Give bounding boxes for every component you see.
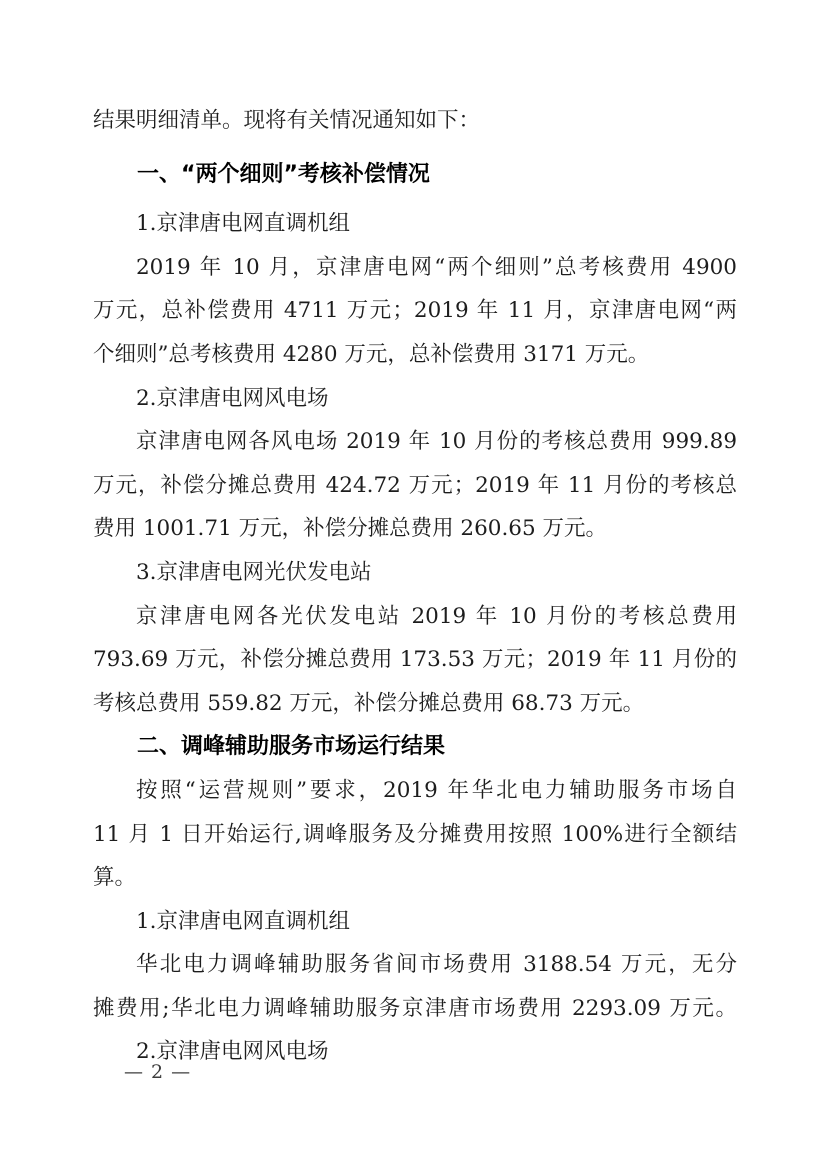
item-1-2-title: 2.京津唐电网风电场 [93,377,737,421]
item-1-3-title: 3.京津唐电网光伏发电站 [93,551,737,595]
para-2-1-line-1: 华北电力调峰辅助服务省间市场费用 3188.54 万元，无分 [93,943,737,987]
para-2-0-line-1: 按照“运营规则”要求，2019 年华北电力辅助服务市场自 [93,769,737,813]
para-2-0-line-2: 11 月 1 日开始运行,调峰服务及分摊费用按照 100%进行全额结 [93,813,737,857]
item-1-1-title: 1.京津唐电网直调机组 [93,202,737,246]
para-1-2-line-3: 费用 1001.71 万元，补偿分摊总费用 260.65 万元。 [93,507,737,551]
document-content: 结果明细清单。现将有关情况通知如下：一、“两个细则”考核补偿情况1.京津唐电网直… [93,99,737,1074]
para-1-1-line-2: 万元，总补偿费用 4711 万元；2019 年 11 月，京津唐电网“两 [93,289,737,333]
para-continuation-line: 结果明细清单。现将有关情况通知如下： [93,99,737,143]
section-1-heading: 一、“两个细则”考核补偿情况 [93,153,737,197]
document-page: 结果明细清单。现将有关情况通知如下：一、“两个细则”考核补偿情况1.京津唐电网直… [0,0,826,1169]
para-1-2-line-1: 京津唐电网各风电场 2019 年 10 月份的考核总费用 999.89 [93,420,737,464]
para-2-1-line-2: 摊费用;华北电力调峰辅助服务京津唐市场费用 2293.09 万元。 [93,987,737,1031]
para-1-3-line-3: 考核总费用 559.82 万元，补偿分摊总费用 68.73 万元。 [93,682,737,726]
page-number: — 2 — [124,1061,191,1083]
para-1-1-line-3: 个细则”总考核费用 4280 万元，总补偿费用 3171 万元。 [93,333,737,377]
item-2-1-title: 1.京津唐电网直调机组 [93,900,737,944]
section-2-heading: 二、调峰辅助服务市场运行结果 [93,725,737,769]
para-1-3-line-2: 793.69 万元，补偿分摊总费用 173.53 万元；2019 年 11 月份… [93,638,737,682]
para-1-3-line-1: 京津唐电网各光伏发电站 2019 年 10 月份的考核总费用 [93,595,737,639]
para-2-0-line-3: 算。 [93,856,737,900]
para-1-2-line-2: 万元，补偿分摊总费用 424.72 万元；2019 年 11 月份的考核总 [93,464,737,508]
para-1-1-line-1: 2019 年 10 月，京津唐电网“两个细则”总考核费用 4900 [93,246,737,290]
